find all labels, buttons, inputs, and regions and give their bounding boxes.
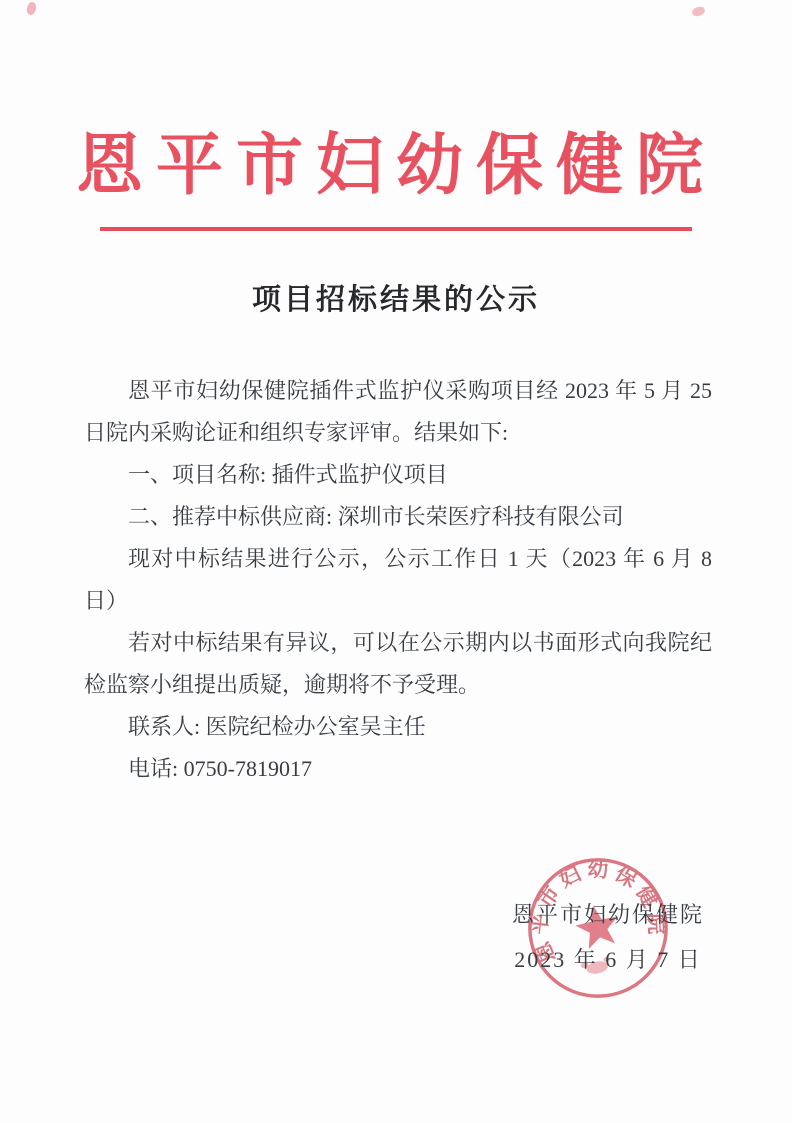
signature-block: 恩平市妇幼保健院 2023 年 6 月 7 日 xyxy=(512,892,704,982)
body-paragraph: 现对中标结果进行公示，公示工作日 1 天（2023 年 6 月 8 日） xyxy=(84,538,712,622)
document-page: 恩平市妇幼保健院 项目招标结果的公示 恩平市妇幼保健院插件式监护仪采购项目经 2… xyxy=(0,0,792,1123)
body-paragraph: 若对中标结果有异议，可以在公示期内以书面形式向我院纪检监察小组提出质疑，逾期将不… xyxy=(84,622,712,706)
body-paragraph: 一、项目名称: 插件式监护仪项目 xyxy=(84,454,712,496)
letterhead-rule xyxy=(100,227,692,231)
body-paragraph: 恩平市妇幼保健院插件式监护仪采购项目经 2023 年 5 月 25 日院内采购论… xyxy=(84,370,712,454)
signature-date: 2023 年 6 月 7 日 xyxy=(512,937,704,982)
signature-org-name: 恩平市妇幼保健院 xyxy=(512,892,704,937)
document-body: 恩平市妇幼保健院插件式监护仪采购项目经 2023 年 5 月 25 日院内采购论… xyxy=(84,370,712,790)
body-paragraph: 二、推荐中标供应商: 深圳市长荣医疗科技有限公司 xyxy=(84,496,712,538)
letterhead: 恩平市妇幼保健院 xyxy=(0,0,792,231)
contact-person-line: 联系人: 医院纪检办公室吴主任 xyxy=(84,706,712,748)
document-title: 项目招标结果的公示 xyxy=(0,277,792,318)
contact-phone-line: 电话: 0750-7819017 xyxy=(84,748,712,790)
letterhead-org-name: 恩平市妇幼保健院 xyxy=(0,0,792,217)
